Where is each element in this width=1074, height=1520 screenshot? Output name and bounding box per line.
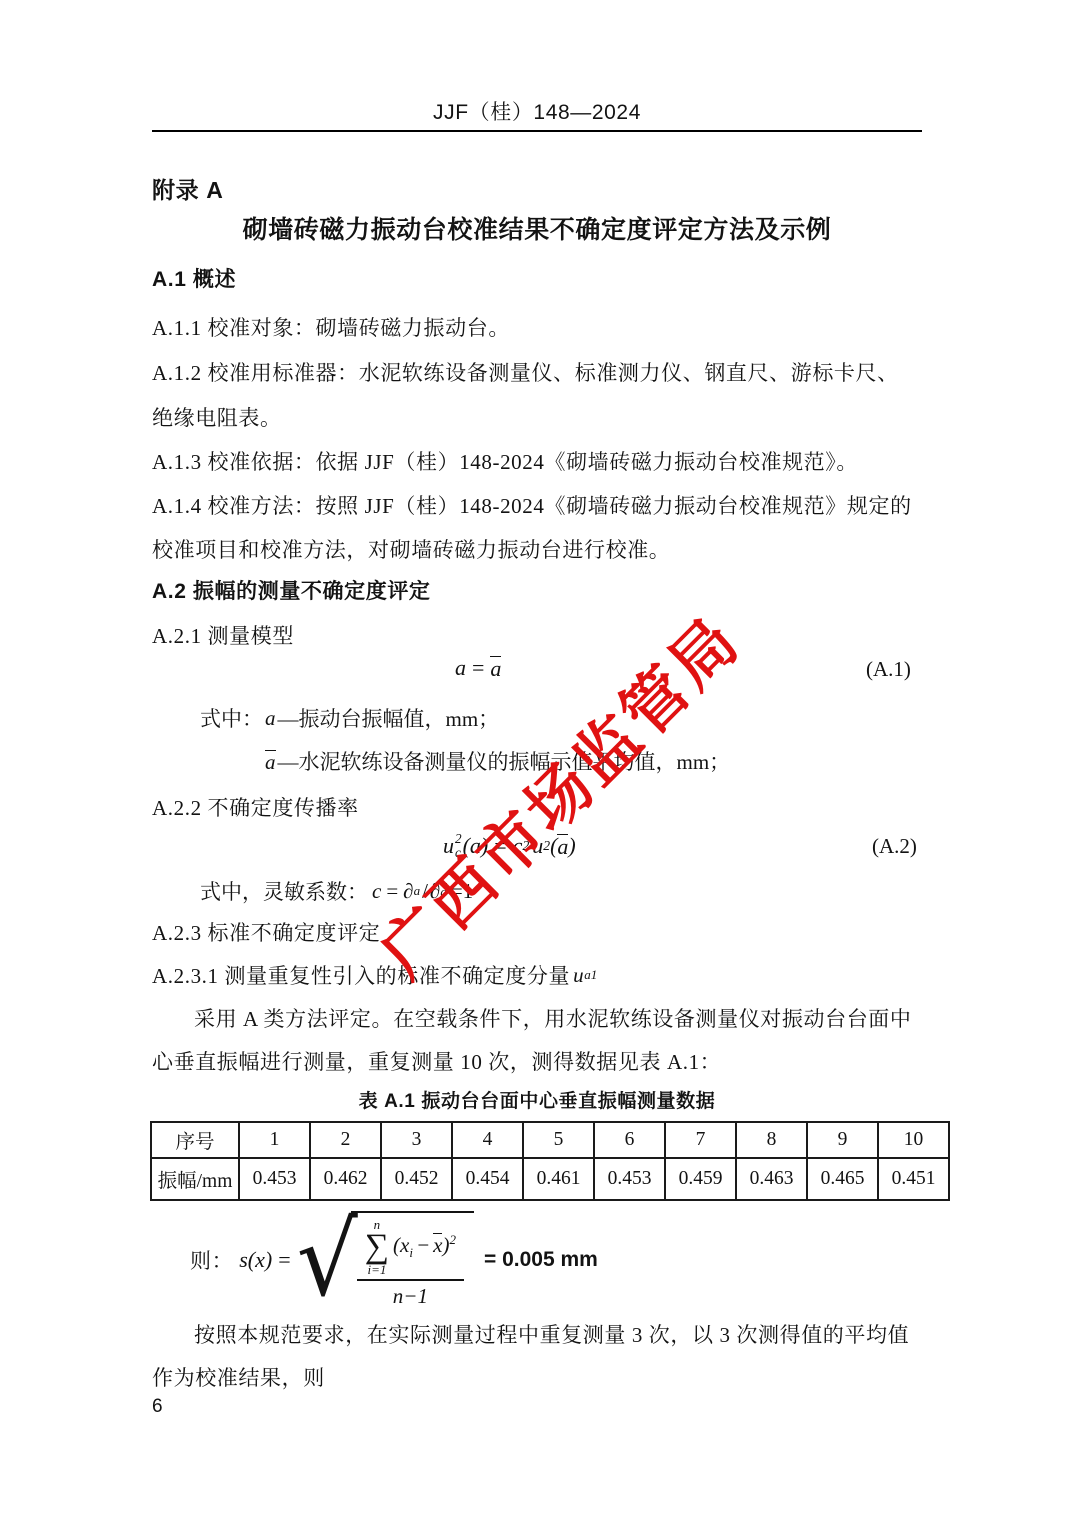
- document-page: JJF（桂）148—2024 附录 A 砌墙砖磁力振动台校准结果不确定度评定方法…: [0, 0, 1074, 1520]
- a231-symbol-sub: a1: [584, 967, 597, 983]
- table-cell: 2: [310, 1122, 381, 1158]
- eq1-equals: =: [472, 655, 484, 681]
- table-cell: 0.465: [807, 1158, 878, 1200]
- table-cell: 4: [452, 1122, 523, 1158]
- expr-square: 2: [449, 1232, 456, 1247]
- sensitivity-line: 式中，灵敏系数： c = ∂a/∂a=1: [200, 876, 473, 906]
- table-cell: 10: [878, 1122, 949, 1158]
- eq2-u2-sup: 2: [543, 838, 550, 854]
- table-cell: 9: [807, 1122, 878, 1158]
- a13-text: A.1.3 校准依据：依据 JJF（桂）148-2024《砌墙砖磁力振动台校准规…: [152, 447, 858, 477]
- sqrt-radical: √ n ∑ i=1 (xi−x)2 n−1: [297, 1211, 474, 1309]
- table-cell: 7: [665, 1122, 736, 1158]
- eq1-rhs-abar: a: [490, 656, 501, 680]
- table-cell: 1: [239, 1122, 310, 1158]
- sum-lower-limit: i=1: [367, 1263, 386, 1276]
- eq2-u-sup: 2: [455, 832, 462, 845]
- table-row: 振幅/mm 0.453 0.462 0.452 0.454 0.461 0.45…: [151, 1158, 949, 1200]
- sens-partial1-sub: a: [414, 883, 421, 899]
- table-cell: 0.461: [523, 1158, 594, 1200]
- eq1-number: (A.1): [866, 657, 911, 682]
- page-number: 6: [152, 1392, 163, 1422]
- appendix-title: 砌墙砖磁力振动台校准结果不确定度评定方法及示例: [0, 215, 1074, 245]
- measurement-table: 序号 1 2 3 4 5 6 7 8 9 10 振幅/mm 0.453 0.46…: [150, 1121, 950, 1201]
- sigma-symbol: ∑: [365, 1231, 389, 1263]
- table-cell: 5: [523, 1122, 594, 1158]
- table-cell: 0.462: [310, 1158, 381, 1200]
- sens-prefix: 式中，灵敏系数：: [200, 876, 368, 906]
- table-row-label: 振幅/mm: [151, 1158, 239, 1200]
- table-cell: 8: [736, 1122, 807, 1158]
- a11-text: A.1.1 校准对象：砌墙砖磁力振动台。: [152, 313, 510, 343]
- sx-lhs: s(x): [239, 1247, 272, 1273]
- table-cell: 0.451: [878, 1158, 949, 1200]
- table-row: 序号 1 2 3 4 5 6 7 8 9 10: [151, 1122, 949, 1158]
- a14-text-line2: 校准项目和校准方法，对砌墙砖磁力振动台进行校准。: [152, 535, 670, 565]
- def-abar: a —水泥软练设备测量仪的振幅示值平均值，mm；: [263, 746, 730, 776]
- table-cell: 0.459: [665, 1158, 736, 1200]
- a231-text: A.2.3.1 测量重复性引入的标准不确定度分量: [152, 960, 570, 990]
- eq2-open-paren: (: [550, 833, 557, 859]
- closing-line1: 按照本规范要求，在实际测量过程中重复测量 3 次，以 3 次测得值的平均值: [194, 1320, 909, 1350]
- para1-line2: 心垂直振幅进行测量，重复测量 10 次，测得数据见表 A.1：: [152, 1047, 721, 1077]
- def1-symbol: a: [265, 706, 276, 731]
- eq1-lhs: a: [455, 655, 466, 681]
- sens-partial1: ∂: [403, 879, 413, 904]
- sx-formula: 则： s(x) = √ n ∑ i=1 (xi−x)2 n−1: [190, 1212, 598, 1308]
- def2-symbol: a: [265, 750, 276, 773]
- def-a: 式中： a —振动台振幅值，mm；: [200, 703, 499, 733]
- table-header-label: 序号: [151, 1122, 239, 1158]
- a231-heading: A.2.3.1 测量重复性引入的标准不确定度分量 ua1: [152, 960, 597, 990]
- def2-text: —水泥软练设备测量仪的振幅示值平均值，mm；: [278, 746, 731, 776]
- sens-partial2-sub: a: [440, 883, 447, 898]
- a22-heading: A.2.2 不确定度传播率: [152, 793, 359, 823]
- para1-line1: 采用 A 类方法评定。在空载条件下，用水泥软练设备测量仪对振动台台面中: [194, 1004, 912, 1034]
- summation: n ∑ i=1: [365, 1218, 389, 1276]
- a21-heading: A.2.1 测量模型: [152, 621, 294, 651]
- watermark-stamp: 广西市场监管局: [356, 592, 758, 994]
- expr-open: (x: [393, 1233, 409, 1257]
- table-cell: 0.453: [239, 1158, 310, 1200]
- sens-c: c: [372, 879, 381, 904]
- eq2-u2: u: [532, 833, 543, 859]
- def1-prefix: 式中：: [200, 703, 263, 733]
- eq2-c: c: [513, 833, 523, 859]
- header-rule: [152, 130, 922, 132]
- eq2-number: (A.2): [872, 834, 917, 859]
- closing-line2: 作为校准结果，则: [152, 1363, 325, 1393]
- a23-heading: A.2.3 标准不确定度评定: [152, 918, 380, 948]
- table-cell: 0.463: [736, 1158, 807, 1200]
- page-header: JJF（桂）148—2024: [0, 98, 1074, 128]
- eq2-equals: =: [494, 833, 506, 859]
- section-a2-heading: A.2 振幅的测量不确定度评定: [152, 577, 431, 607]
- sx-equals: =: [278, 1247, 290, 1273]
- eq2-u: u: [443, 833, 454, 859]
- expr-minus: −: [416, 1233, 430, 1257]
- appendix-label: 附录 A: [152, 175, 223, 205]
- table-cell: 0.453: [594, 1158, 665, 1200]
- eq2-close-paren: ): [568, 833, 575, 859]
- a231-symbol: u: [573, 963, 584, 988]
- table-cell: 6: [594, 1122, 665, 1158]
- eq2-arg: (a): [463, 833, 489, 859]
- sx-expr: (xi−x)2: [393, 1232, 456, 1261]
- sens-partial2: ∂: [430, 879, 440, 904]
- sens-slash: /: [422, 879, 428, 904]
- equation-a1: a = a: [455, 655, 501, 681]
- table-cell: 3: [381, 1122, 452, 1158]
- table-cell: 0.454: [452, 1158, 523, 1200]
- sx-denominator: n−1: [393, 1281, 428, 1309]
- a14-text-line1: A.1.4 校准方法：按照 JJF（桂）148-2024《砌墙砖磁力振动台校准规…: [152, 491, 912, 521]
- eq2-abar: a: [557, 834, 568, 858]
- sx-result: = 0.005 mm: [484, 1248, 598, 1272]
- sens-tail: =1: [451, 879, 473, 904]
- a12-text-line2: 绝缘电阻表。: [152, 403, 282, 433]
- sx-prefix: 则：: [190, 1245, 233, 1275]
- eq2-c-sup: 2: [522, 838, 529, 854]
- table-title: 表 A.1 振动台台面中心垂直振幅测量数据: [0, 1087, 1074, 1117]
- expr-sub-i: i: [409, 1246, 413, 1261]
- sens-equals: =: [386, 879, 398, 904]
- eq2-u-sub: c: [455, 846, 461, 859]
- def1-text: —振动台振幅值，mm；: [278, 703, 500, 733]
- equation-a2: u2c(a) = c2u2(a): [443, 832, 576, 859]
- table-cell: 0.452: [381, 1158, 452, 1200]
- section-a1-heading: A.1 概述: [152, 265, 236, 295]
- a12-text-line1: A.1.2 校准用标准器：水泥软练设备测量仪、标准测力仪、钢直尺、游标卡尺、: [152, 358, 899, 388]
